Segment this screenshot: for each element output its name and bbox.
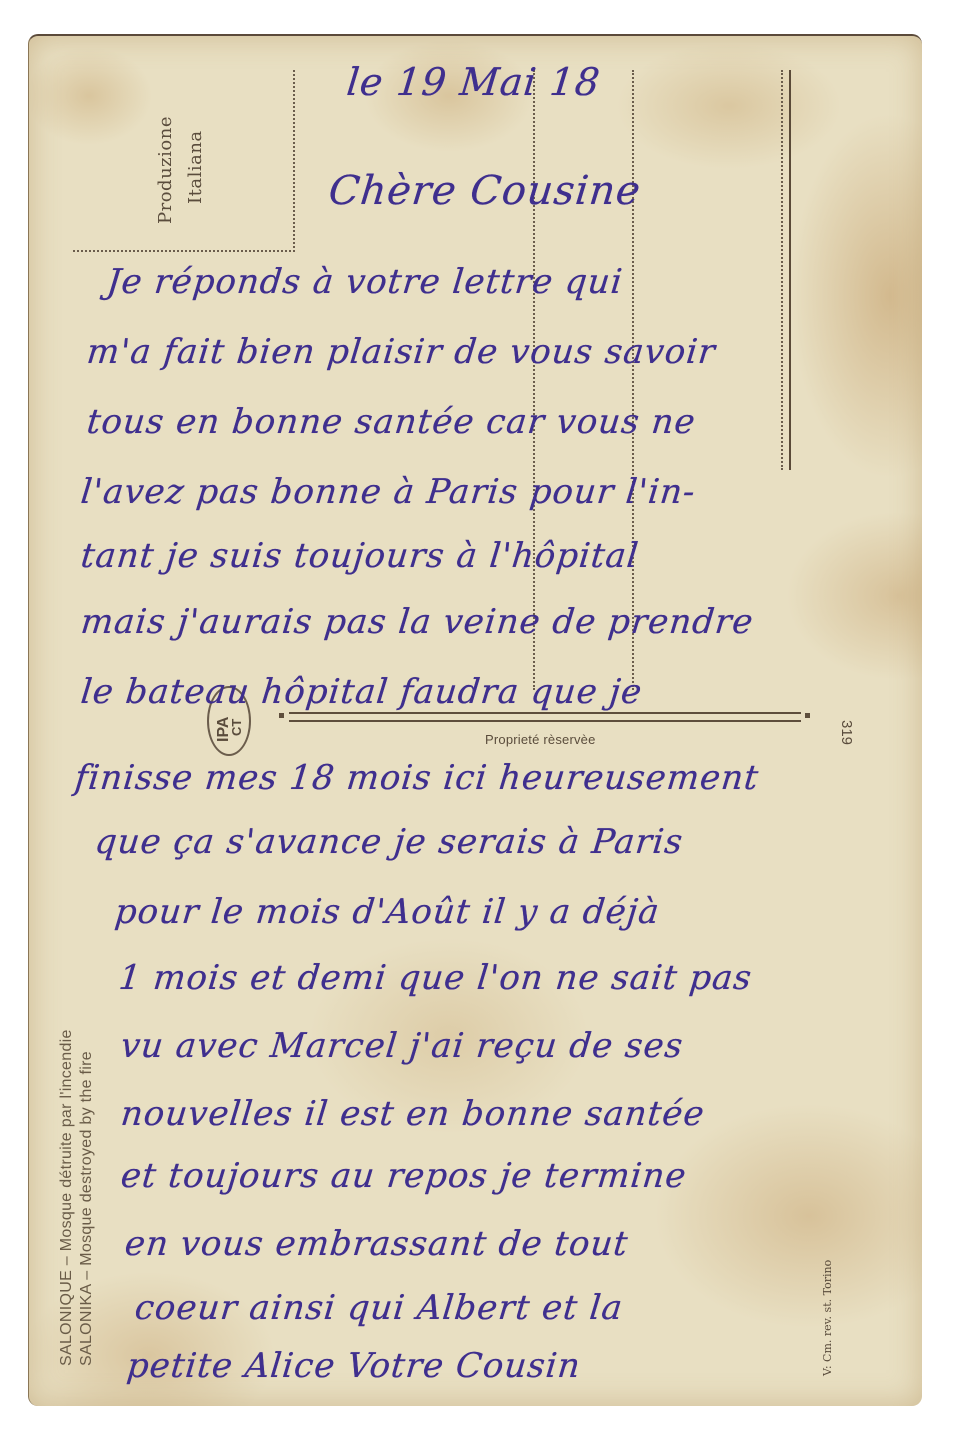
letter-line: tant je suis toujours à l'hôpital (79, 536, 641, 576)
handwritten-date: le 19 Mai 18 (345, 60, 603, 104)
postcard-back: Produzione Italiana Proprieté rèservèe 3… (28, 34, 922, 1406)
handwritten-salutation: Chère Cousine (327, 168, 644, 214)
letter-line: en vous embrassant de tout (123, 1224, 630, 1264)
rule-end-dot-left (279, 713, 284, 718)
italiana-text: Italiana (181, 116, 211, 224)
letter-line: l'avez pas bonne à Paris pour l'in- (79, 472, 698, 512)
vertical-dotted-line-1 (533, 70, 535, 690)
vertical-dotted-line-2 (632, 70, 634, 690)
letter-line: nouvelles il est en bonne santée (119, 1094, 707, 1134)
letter-line: coeur ainsi qui Albert et la (133, 1288, 625, 1328)
letter-line: vu avec Marcel j'ai reçu de ses (119, 1026, 685, 1066)
produzione-text: Produzione (151, 116, 181, 224)
printer-mark: V: Cm. rev. st. Torino (821, 1260, 834, 1376)
letter-line: que ça s'avance je serais à Paris (93, 822, 685, 862)
card-number: 319 (838, 720, 855, 745)
produzione-label: Produzione Italiana (151, 116, 211, 224)
letter-line: m'a fait bien plaisir de vous savoir (85, 332, 718, 372)
address-divider-line (789, 70, 791, 470)
rule-end-dot-right (805, 713, 810, 718)
letter-line: 1 mois et demi que l'on ne sait pas (117, 958, 754, 998)
letter-line: et toujours au repos je termine (119, 1156, 689, 1196)
letter-line: Je réponds à votre lettre qui (105, 262, 625, 302)
letter-line: finisse mes 18 mois ici heureusement (73, 758, 761, 798)
letter-line: tous en bonne santée car vous ne (85, 402, 698, 442)
letter-line: le bateau hôpital faudra que je (79, 672, 645, 712)
letter-line: pour le mois d'Août il y a déjà (113, 892, 662, 932)
letter-line: mais j'aurais pas la veine de prendre (79, 602, 756, 642)
rights-notice: Proprieté rèservèe (485, 732, 596, 747)
caption-english: SALONIKA – Mosque destroyed by the fire (77, 1029, 97, 1366)
horizontal-divider-rule (289, 712, 801, 722)
letter-signature-line: petite Alice Votre Cousin (125, 1346, 583, 1386)
caption-block: SALONIQUE – Mosque détruite par l'incend… (57, 1029, 97, 1366)
logo-text-ct: CT (229, 719, 244, 736)
caption-french: SALONIQUE – Mosque détruite par l'incend… (57, 1029, 77, 1366)
address-dotted-line (781, 70, 783, 470)
